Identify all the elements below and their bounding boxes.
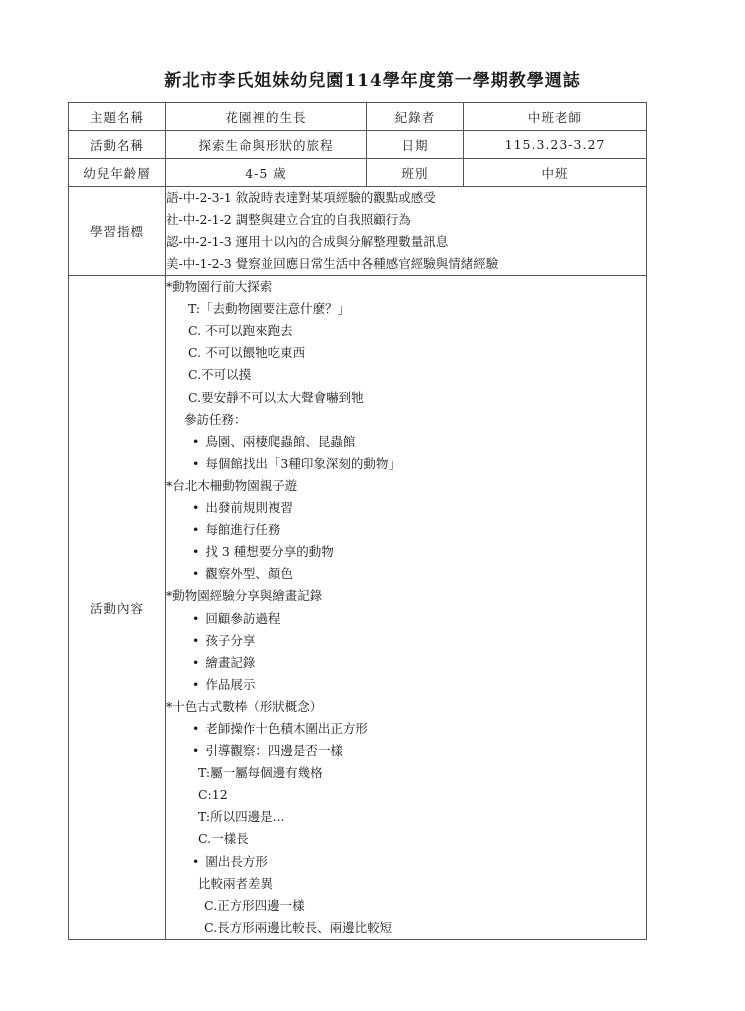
recorder-value: 中班老師 [464,103,647,131]
class-label: 班別 [367,159,464,187]
content-line: *十色古式數棒（形狀概念） [166,696,646,718]
learning-indicators-label: 學習指標 [69,187,166,276]
content-line: *動物園經驗分享與繪畫記錄 [166,585,646,607]
indicator-item: 美-中-1-2-3 覺察並回應日常生活中各種感官經驗與情緒經驗 [166,253,646,275]
theme-name-value: 花園裡的生長 [166,103,367,131]
content-line: C.不可以摸 [166,364,646,386]
content-line: 參訪任務： [166,409,646,431]
bullet-item: 每個館找出「3種印象深刻的動物」 [166,453,646,475]
learning-indicators-row: 學習指標 語-中-2-3-1 敘說時表達對某項經驗的觀點或感受 社-中-2-1-… [69,187,647,276]
bullet-item: 觀察外型、顏色 [166,563,646,585]
age-row: 幼兒年齡層 4-5 歲 班別 中班 [69,159,647,187]
content-line: T:「去動物園要注意什麼？」 [166,298,646,320]
age-group-label: 幼兒年齡層 [69,159,166,187]
bullet-item: 出發前規則複習 [166,497,646,519]
content-line: T:所以四邊是... [166,806,646,828]
activity-content-list: *動物園行前大探索T:「去動物園要注意什麼？」C. 不可以跑來跑去C. 不可以餵… [166,276,647,940]
content-line: 比較兩者差異 [166,873,646,895]
indicator-item: 認-中-2-1-3 運用十以內的合成與分解整理數量訊息 [166,231,646,253]
bullet-item: 每館進行任務 [166,519,646,541]
weekly-log-table: 主題名稱 花園裡的生長 紀錄者 中班老師 活動名稱 探索生命與形狀的旅程 日期 … [68,102,647,940]
content-line: *台北木柵動物園親子遊 [166,475,646,497]
activity-name-label: 活動名稱 [69,131,166,159]
content-line: C.要安靜不可以太大聲會嚇到牠 [166,387,646,409]
age-group-value: 4-5 歲 [166,159,367,187]
theme-name-label: 主題名稱 [69,103,166,131]
document-title: 新北市李氏姐妹幼兒園114學年度第一學期教學週誌 [0,66,745,91]
content-line: C.一樣長 [166,828,646,850]
content-line: C.正方形四邊一樣 [166,895,646,917]
bullet-item: 孩子分享 [166,630,646,652]
bullet-item: 回顧參訪過程 [166,608,646,630]
class-value: 中班 [464,159,647,187]
content-line: T:屬一屬每個邊有幾格 [166,762,646,784]
bullet-item: 作品展示 [166,674,646,696]
content-line: C. 不可以餵牠吃東西 [166,342,646,364]
recorder-label: 紀錄者 [367,103,464,131]
activity-content-row: 活動內容 *動物園行前大探索T:「去動物園要注意什麼？」C. 不可以跑來跑去C.… [69,276,647,940]
content-line: C.長方形兩邊比較長、兩邊比較短 [166,917,646,939]
content-line: C. 不可以跑來跑去 [166,320,646,342]
content-line: C:12 [166,784,646,806]
theme-row: 主題名稱 花園裡的生長 紀錄者 中班老師 [69,103,647,131]
bullet-item: 繪畫記錄 [166,652,646,674]
activity-row: 活動名稱 探索生命與形狀的旅程 日期 115.3.23-3.27 [69,131,647,159]
activity-name-value: 探索生命與形狀的旅程 [166,131,367,159]
bullet-item: 找 3 種想要分享的動物 [166,541,646,563]
bullet-item: 圍出長方形 [166,851,646,873]
date-value: 115.3.23-3.27 [464,131,647,159]
date-label: 日期 [367,131,464,159]
content-line: *動物園行前大探索 [166,276,646,298]
indicator-item: 語-中-2-3-1 敘說時表達對某項經驗的觀點或感受 [166,187,646,209]
learning-indicators-list: 語-中-2-3-1 敘說時表達對某項經驗的觀點或感受 社-中-2-1-2 調整與… [166,187,647,276]
bullet-item: 引導觀察：四邊是否一樣 [166,740,646,762]
bullet-item: 老師操作十色積木圍出正方形 [166,718,646,740]
activity-content-label: 活動內容 [69,276,166,940]
indicator-item: 社-中-2-1-2 調整與建立合宜的自我照顧行為 [166,209,646,231]
bullet-item: 鳥園、兩棲爬蟲館、昆蟲館 [166,431,646,453]
